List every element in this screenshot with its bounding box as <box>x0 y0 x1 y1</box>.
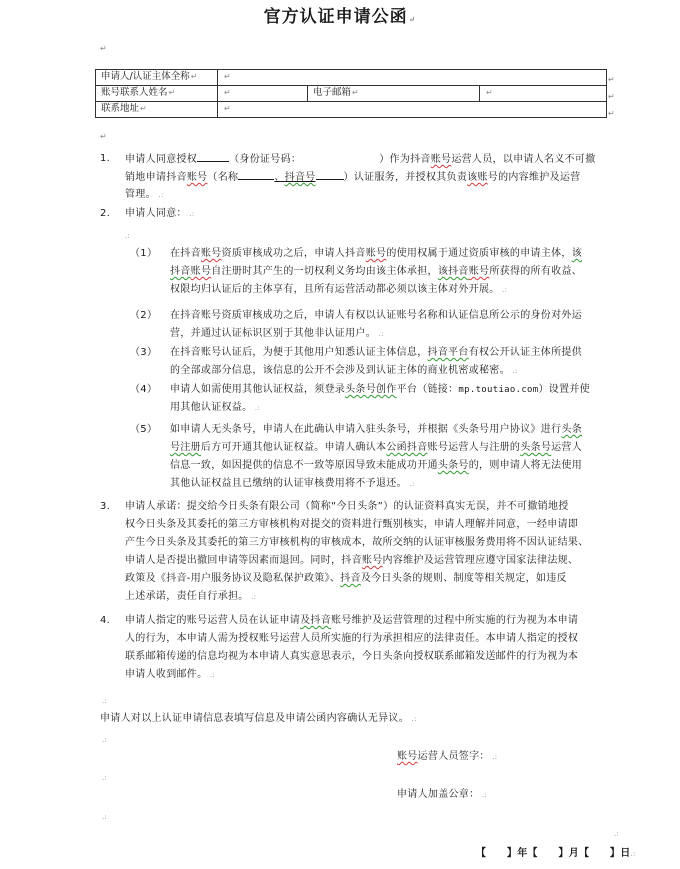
row-end-mark-icon: ↵ <box>608 92 615 101</box>
address-field[interactable]: ↵ <box>218 102 607 118</box>
table-label-address: 联系地址↵ <box>96 102 218 118</box>
row-end-mark-icon: ↵ <box>608 75 615 84</box>
table-label-applicant-name: 申请人/认证主体全称↵ <box>96 70 218 86</box>
confirmation-statement: 申请人对以上认证申请信息表填写信息及申请公函内容确认无异议。 .: <box>100 710 417 728</box>
account-name-blank[interactable] <box>238 168 274 180</box>
clause-number: 1. <box>100 150 110 168</box>
paragraph-mark-icon: ↵ <box>409 14 417 24</box>
table-label-email: 电子邮箱↵ <box>308 86 480 102</box>
email-field[interactable]: ↵ <box>480 86 607 102</box>
title-text: 官方认证申请公函 <box>264 7 408 27</box>
paragraph-mark-icon: .: <box>102 736 107 744</box>
table-row: 账号联系人姓名↵ ↵ 电子邮箱↵ ↵ <box>96 86 607 102</box>
table-label-contact-name: 账号联系人姓名↵ <box>96 86 218 102</box>
douyin-id-blank[interactable] <box>316 168 344 180</box>
paragraph-mark-icon: .: <box>614 830 619 838</box>
date-line[interactable]: 【 】年【 】月【 】日.: <box>476 845 636 863</box>
clause-1-line-3: 管理。 .: <box>125 186 164 204</box>
paragraph-mark-icon: .: <box>125 232 130 240</box>
sub-item-number: （4） <box>130 381 157 399</box>
seal-line[interactable]: 申请人加盖公章： .: <box>397 786 487 804</box>
paragraph-mark-icon: .: <box>102 813 107 821</box>
paragraph-mark-icon: ↵ <box>100 132 107 141</box>
signature-line[interactable]: 账号运营人员签字： .: <box>397 748 497 766</box>
clause-2: 2. 申请人同意： .: <box>100 205 620 225</box>
clause-2-intro: 申请人同意： .: <box>125 205 195 223</box>
clause-1-line-1: 申请人同意授权（身份证号码：）作为抖音账号运营人员，以申请人名义不可撤 <box>125 150 596 169</box>
applicant-info-table: 申请人/认证主体全称↵ ↵ 账号联系人姓名↵ ↵ 电子邮箱↵ ↵ 联系地址↵ ↵ <box>95 69 607 118</box>
table-row: 申请人/认证主体全称↵ ↵ <box>96 70 607 86</box>
toutiao-link[interactable]: mp.toutiao.com <box>458 385 538 395</box>
sub-item-number: （1） <box>130 245 157 263</box>
paragraph-mark-icon: .: <box>102 774 107 782</box>
paragraph-mark-icon: .: <box>102 697 107 705</box>
sub-item-number: （2） <box>130 307 157 325</box>
operator-name-blank[interactable] <box>197 150 229 162</box>
row-end-mark-icon: ↵ <box>608 109 615 118</box>
sub-item-number: （3） <box>130 344 157 362</box>
sub-item-number: （5） <box>130 421 157 439</box>
clause-1-line-2: 销地申请抖音账号（名称、抖音号）认证服务，并授权其负责该账号的内容维护及运营 <box>125 168 580 187</box>
page-title: 官方认证申请公函↵ <box>0 2 680 27</box>
clause-1: 1. 申请人同意授权（身份证号码：）作为抖音账号运营人员，以申请人名义不可撤 销… <box>100 150 620 210</box>
applicant-name-field[interactable]: ↵ <box>218 70 607 86</box>
clause-number: 2. <box>100 205 110 223</box>
table-row: 联系地址↵ ↵ <box>96 102 607 118</box>
clause-number: 3. <box>100 498 110 516</box>
contact-name-field[interactable]: ↵ <box>218 86 308 102</box>
clause-number: 4. <box>100 612 110 630</box>
paragraph-mark-icon: ↵ <box>100 44 107 53</box>
